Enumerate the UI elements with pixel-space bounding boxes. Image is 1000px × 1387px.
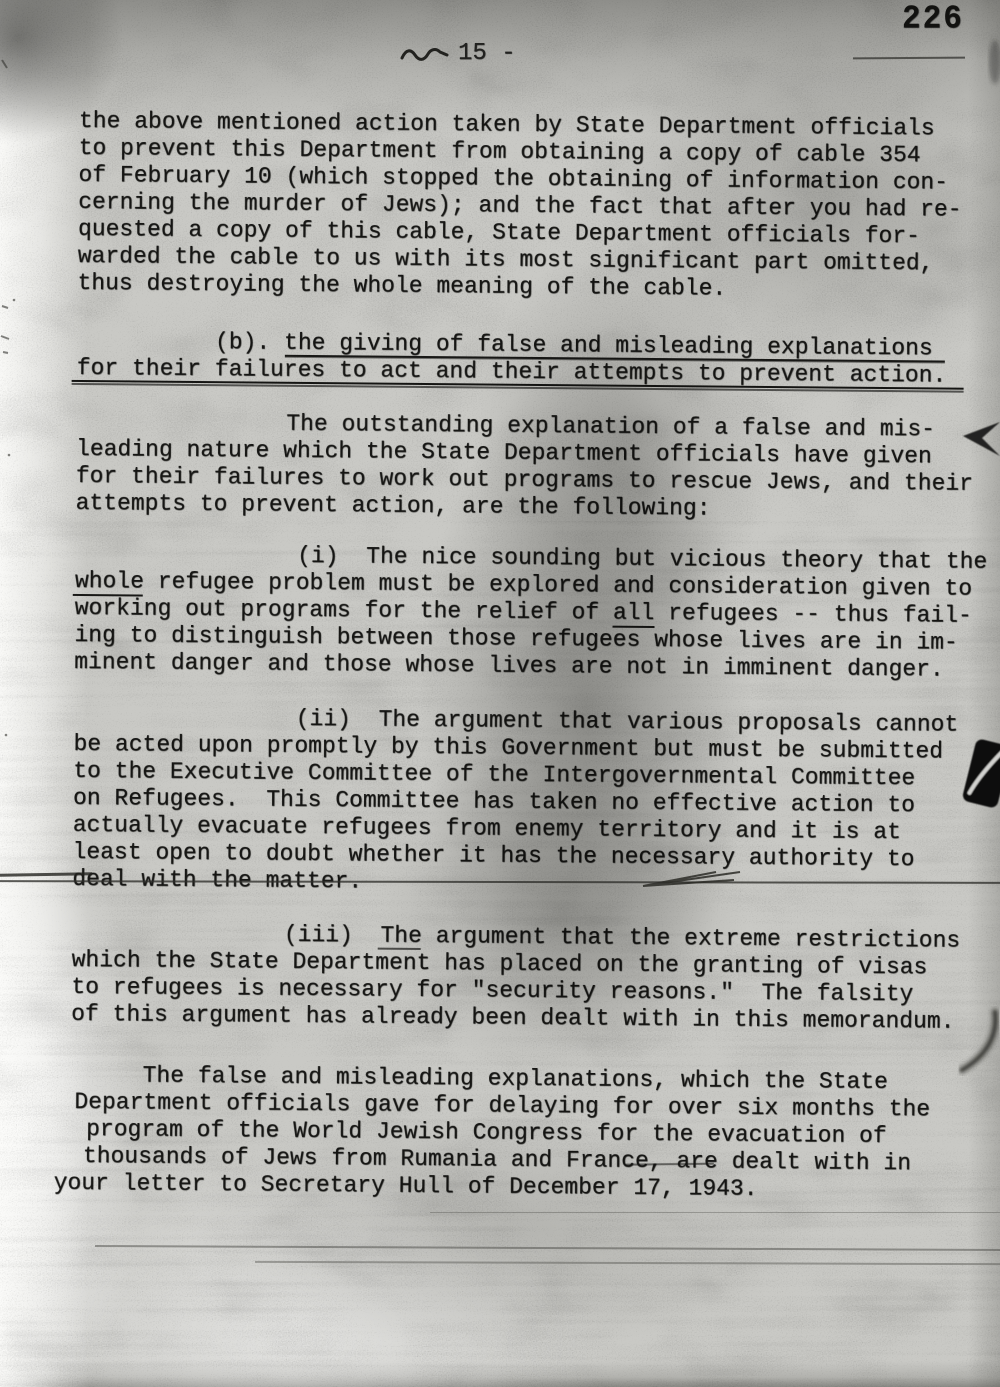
bottom-crease-line [430, 1212, 1000, 1213]
underline-mark [378, 948, 421, 950]
paragraph-final: The false and misleading explanations, w… [70, 1062, 931, 1204]
paragraph-cable-354: the above mentioned action taken by Stat… [77, 108, 962, 305]
scanned-document-page: 226 15 - the above mentioned action take… [0, 0, 1000, 1387]
list-item-ii: (ii) The argument that various proposals… [72, 704, 958, 901]
underline-mark [613, 626, 655, 628]
list-item-iii: (iii) The argument that the extreme rest… [71, 920, 960, 1036]
list-item-i: (i) The nice sounding but vicious theory… [74, 541, 987, 684]
paragraph-outstanding-explanation: The outstanding explanation of a false a… [75, 409, 973, 525]
section-heading-b: (b). the giving of false and misleading … [77, 328, 947, 390]
document-text: the above mentioned action taken by Stat… [0, 0, 1000, 1387]
